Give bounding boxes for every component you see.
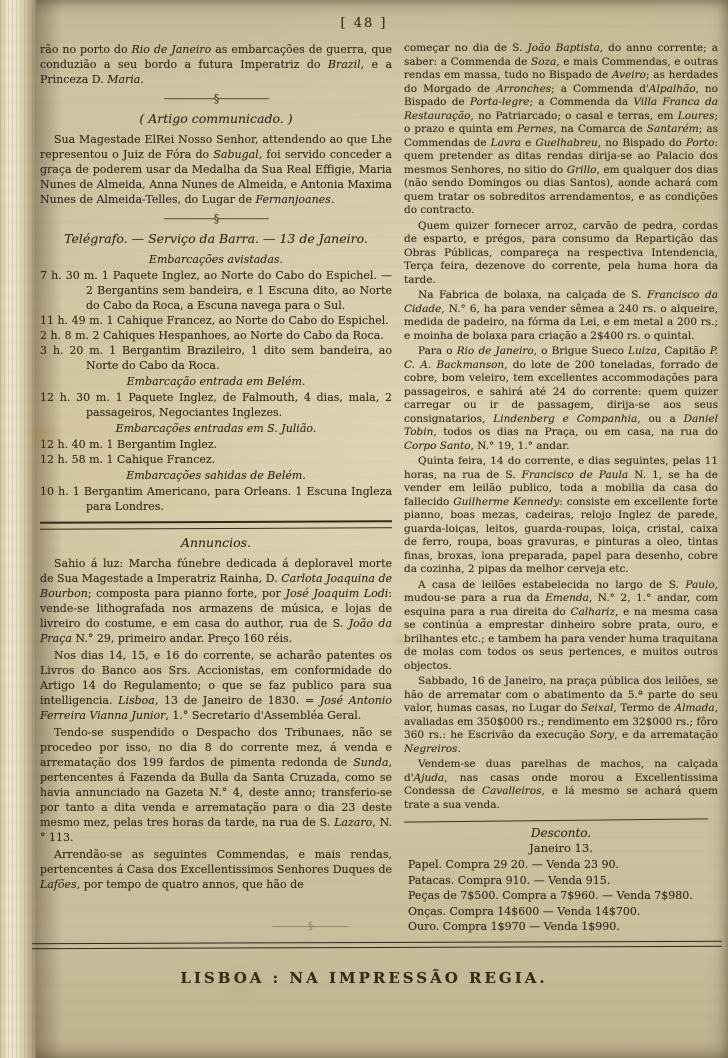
ship-report-entry: 10 h. 1 Bergantim Americano, para Orlean… — [40, 484, 392, 514]
newspaper-page-scan: [ 48 ] rão no porto do Rio de Janeiro as… — [0, 0, 728, 1058]
ship-report-entry: 2 h. 8 m. 2 Cahiques Hespanhoes, ao Nort… — [40, 328, 392, 343]
double-rule-divider — [40, 520, 392, 530]
ship-report-subheading: Embarcações sahidas de Belém. — [40, 468, 392, 483]
ship-report-entry: 3 h. 20 m. 1 Bergantim Brazileiro, 1 dit… — [40, 343, 392, 373]
single-rule-divider — [404, 818, 708, 822]
ship-report-entry: 12 h. 58 m. 1 Cahique Francez. — [40, 452, 392, 467]
telegraph-heading: Telégrafo. — Serviço da Barra. — 13 de J… — [40, 231, 392, 246]
ship-report-subheading: Embarcação entrada em Belém. — [40, 374, 392, 389]
annuncio-paragraph: Tendo-se suspendido o Despacho dos Tribu… — [40, 725, 392, 845]
exchange-rate-line: Papel. Compra 29 20. — Venda 23 90. — [404, 858, 718, 873]
notice-paragraph: Quinta feira, 14 do corrente, e dias seg… — [404, 455, 718, 577]
notice-paragraph: Quem quizer fornecer arroz, carvão de pe… — [404, 220, 718, 288]
annuncio-paragraph: Nos dias 14, 15, e 16 do corrente, se ac… — [40, 648, 392, 723]
notice-paragraph: Vendem-se duas parelhas de machos, na ca… — [404, 758, 718, 812]
annuncio-paragraph: Sahio á luz: Marcha fúnebre dedicada á d… — [40, 556, 392, 646]
desconto-date: Janeiro 13. — [404, 842, 718, 856]
desconto-heading: Desconto. — [404, 827, 718, 841]
notice-paragraph: Na Fabrica de bolaxa, na calçada de S. F… — [404, 289, 718, 343]
annuncios-heading: Annuncios. — [40, 535, 392, 550]
right-column: começar no dia de S. João Baptista, do a… — [404, 42, 718, 936]
ship-report-entry: 7 h. 30 m. 1 Paquete Inglez, ao Norte do… — [40, 268, 392, 313]
footer-ornament: ————§———— — [140, 921, 480, 932]
ship-report-entry: 12 h. 30 m. 1 Paquete Inglez, de Falmout… — [40, 390, 392, 420]
article-paragraph: Sua Magestade ElRei Nosso Senhor, attend… — [40, 132, 392, 207]
ship-report-subheading: Embarcações entradas em S. Julião. — [40, 421, 392, 436]
left-column: rão no porto do Rio de Janeiro as embarc… — [40, 42, 392, 894]
page-number: [ 48 ] — [0, 16, 728, 31]
exchange-rate-line: Patacas. Compra 910. — Venda 915. — [404, 874, 718, 889]
book-binding-edge — [0, 0, 36, 1058]
ship-report-subheading: Embarcações avistadas. — [40, 252, 392, 267]
notice-paragraph: Para o Rio de Janeiro, o Brigue Sueco Lu… — [404, 345, 718, 453]
exchange-rate-line: Peças de 7$500. Compra a 7$960. — Venda … — [404, 889, 718, 904]
section-ornament: —————§————— — [40, 211, 392, 226]
article-heading: ( Artigo communicado. ) — [40, 111, 392, 126]
exchange-rate-line: Onças. Compra 14$600 — Venda 14$700. — [404, 905, 718, 920]
imprint-line: LISBOA : NA IMPRESSÃO REGIA. — [0, 969, 728, 987]
notice-paragraph: Sabbado, 16 de Janeiro, na praça pública… — [404, 675, 718, 756]
notice-paragraph: A casa de leilões estabelecida no largo … — [404, 579, 718, 674]
footer-double-rule — [32, 941, 722, 949]
section-ornament: —————§————— — [40, 91, 392, 106]
ship-report-entry: 12 h. 40 m. 1 Bergantim Inglez. — [40, 437, 392, 452]
ship-report-entry: 11 h. 49 m. 1 Cahique Francez, ao Norte … — [40, 313, 392, 328]
continued-paragraph: começar no dia de S. João Baptista, do a… — [404, 42, 718, 218]
annuncio-paragraph: Arrendão-se as seguintes Commendas, e ma… — [40, 847, 392, 892]
continued-paragraph: rão no porto do Rio de Janeiro as embarc… — [40, 42, 392, 87]
